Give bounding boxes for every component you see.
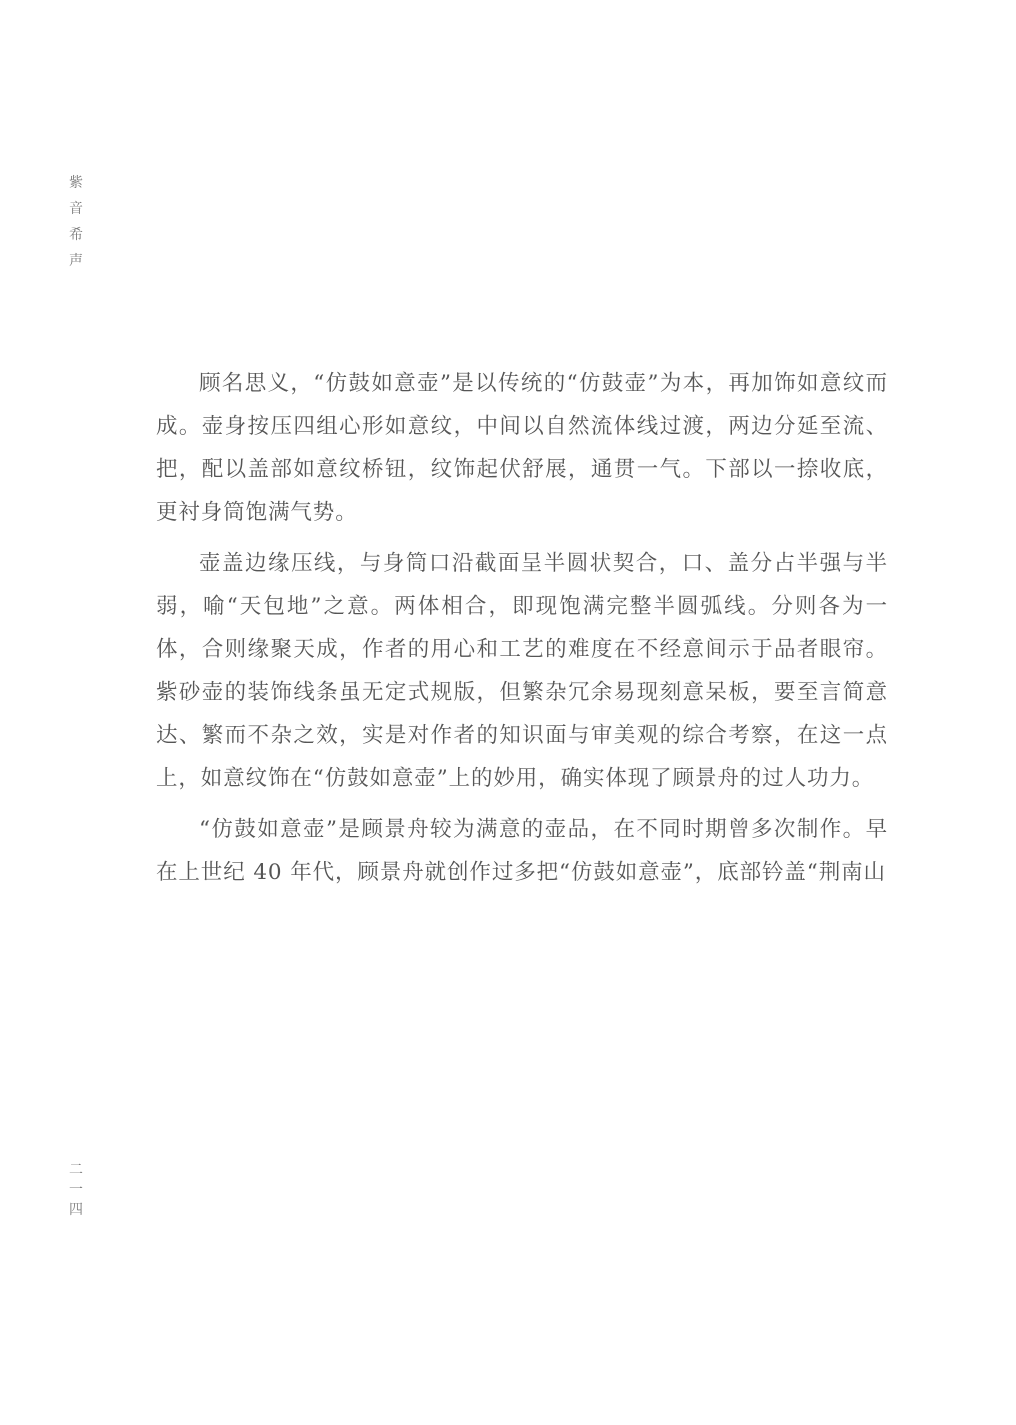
- paragraph: 壶盖边缘压线，与身筒口沿截面呈半圆状契合，口、盖分占半强与半弱，喻“天包地”之意…: [156, 542, 888, 800]
- running-header-char: 音: [66, 196, 86, 222]
- page-number-char: 二: [66, 1160, 86, 1180]
- page-number-char: 四: [66, 1200, 86, 1220]
- running-header-vertical: 紫 音 希 声: [66, 170, 86, 274]
- page-number-char: 一: [66, 1180, 86, 1200]
- running-header-char: 希: [66, 222, 86, 248]
- running-header-char: 声: [66, 248, 86, 274]
- page-number-vertical: 二 一 四: [66, 1160, 86, 1220]
- body-text: 顾名思义，“仿鼓如意壶”是以传统的“仿鼓壶”为本，再加饰如意纹而成。壶身按压四组…: [156, 362, 888, 894]
- paragraph: “仿鼓如意壶”是顾景舟较为满意的壶品，在不同时期曾多次制作。早在上世纪 40 年…: [156, 808, 888, 894]
- running-header-char: 紫: [66, 170, 86, 196]
- paragraph: 顾名思义，“仿鼓如意壶”是以传统的“仿鼓壶”为本，再加饰如意纹而成。壶身按压四组…: [156, 362, 888, 534]
